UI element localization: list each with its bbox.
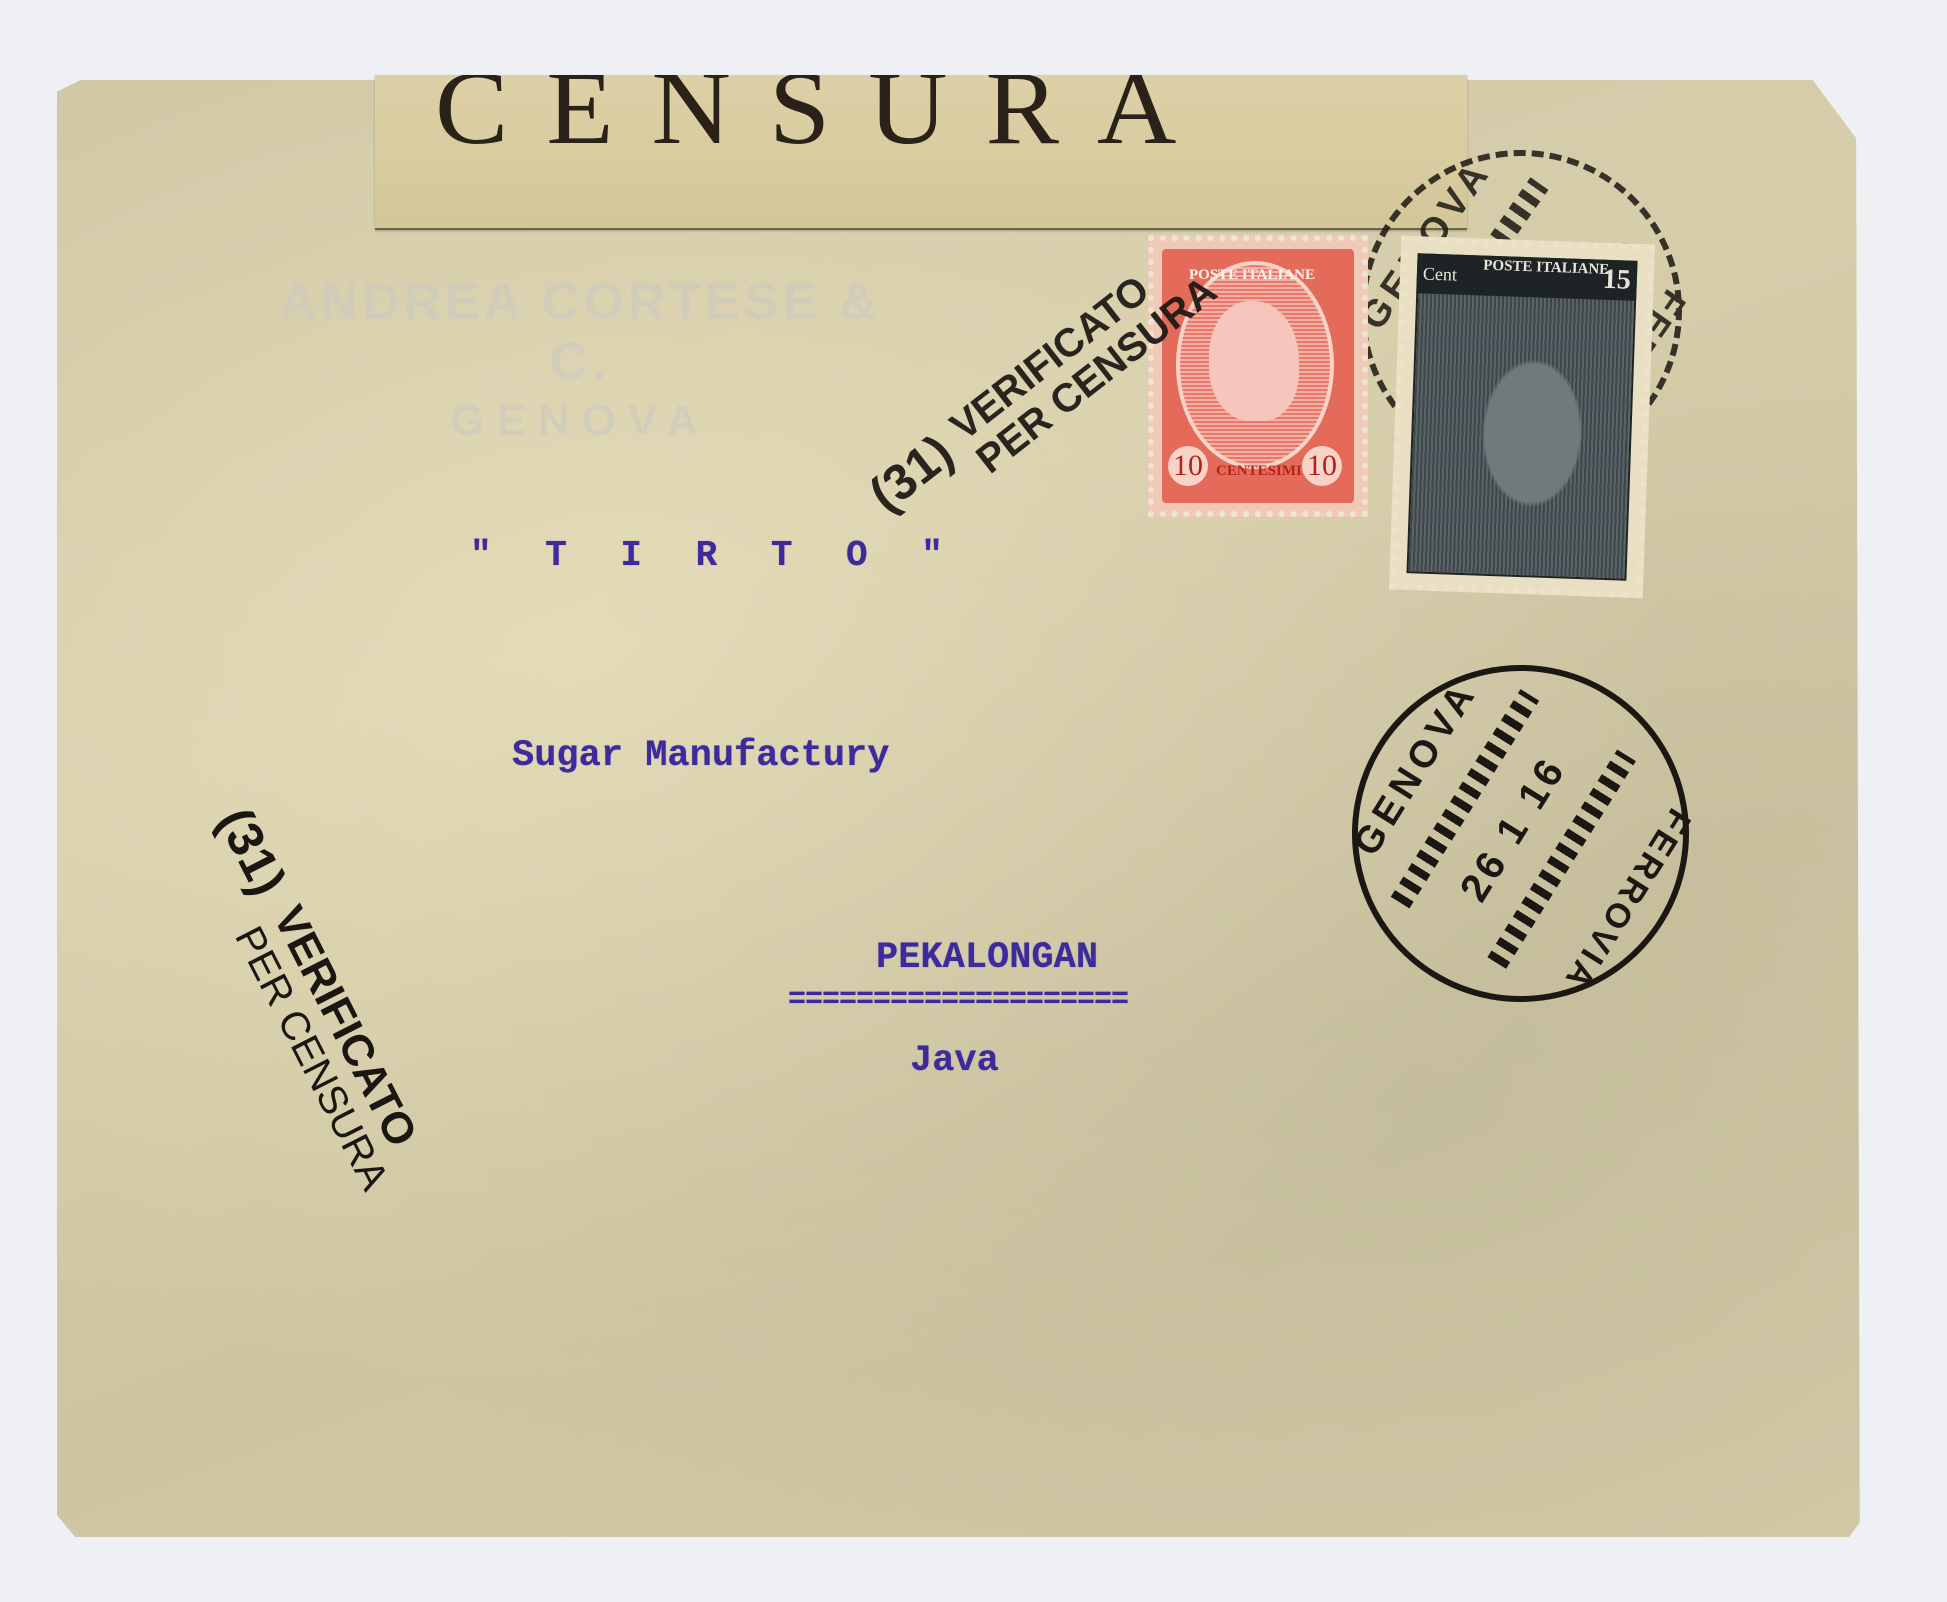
- stamp-header: Cent POSTE ITALIANE 15: [1416, 253, 1637, 301]
- king-portrait-icon: [1209, 301, 1299, 421]
- sender-watermark: ANDREA CORTESE & C. GENOVA: [250, 272, 910, 446]
- addressee-island: Java: [910, 1040, 999, 1082]
- stamp-value: 10: [1168, 446, 1208, 486]
- sender-city: GENOVA: [250, 396, 910, 446]
- stamp-unit: CENTESIMI: [1216, 463, 1302, 480]
- addressee-city: PEKALONGAN: [876, 937, 1098, 979]
- censor-label-strip: CENSURA: [375, 75, 1467, 230]
- postage-stamp-15-cent: Cent POSTE ITALIANE 15: [1389, 236, 1655, 599]
- sender-name: ANDREA CORTESE & C.: [250, 272, 910, 392]
- addressee-company: Sugar Manufactury: [512, 735, 889, 777]
- addressee-name: " T I R T O ": [470, 535, 959, 576]
- city-underline: ====================: [788, 983, 1128, 1017]
- king-portrait-icon: [1406, 253, 1637, 580]
- stamp-country: POSTE ITALIANE: [1483, 258, 1610, 279]
- censor-label-text: CENSURA: [435, 75, 1214, 169]
- stamp-value: 15: [1602, 264, 1631, 297]
- stamp-value: 10: [1302, 446, 1342, 486]
- stamp-unit: Cent: [1423, 263, 1458, 285]
